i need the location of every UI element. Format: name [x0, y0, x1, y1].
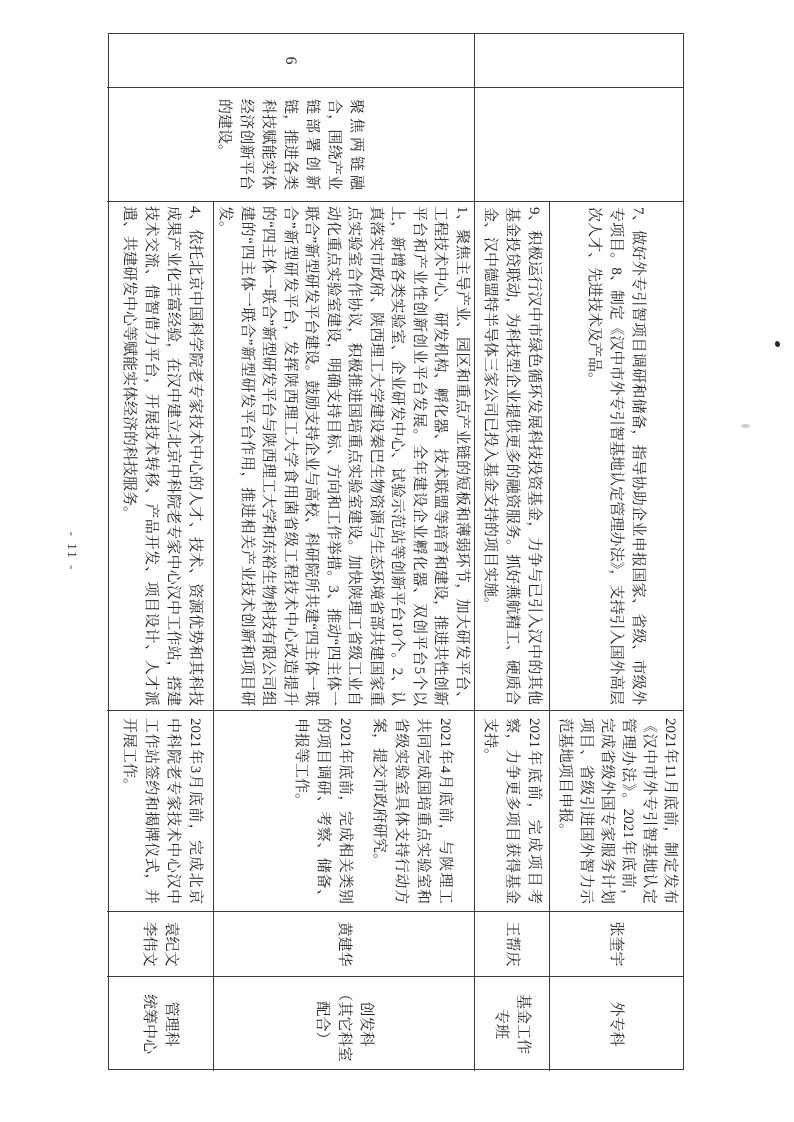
person-row-c1-text: 黄建华 — [333, 912, 355, 976]
cell-index-row-c: 6 — [107, 34, 474, 88]
measures-row-a-text: 7、做好外专引智项目调研和储备，指导协助企业申报国家、省级、市级外专项目。8、制… — [584, 207, 650, 705]
cell-department-row-c2: 管理科 统筹中心 — [107, 977, 213, 1071]
person-row-b-text: 王帮庆 — [501, 912, 523, 976]
scan-speck — [775, 341, 780, 347]
cell-deadline-row-c2: 2021年3月底前，完成北京中科院老专家技术中心汉中工作站签约和揭牌仪式，并开展… — [107, 711, 213, 912]
cell-department-row-c1: 创发科 （其它科室 配合） — [213, 977, 474, 1071]
cell-deadline-row-b: 2021年底前，完成项目考察，力争更多项目获得基金支持。 — [474, 711, 549, 912]
cell-index-rows-ab — [474, 34, 683, 88]
cell-measures-row-c1: 1、聚焦主导产业、园区和重点产业链的短板和薄弱环节，加大研发平台、工程技术中心、… — [213, 202, 474, 711]
scanned-page-rotated: 7、做好外专引智项目调研和储备，指导协助企业申报国家、省级、市级外专项目。8、制… — [0, 0, 794, 1122]
cell-department-row-b: 基金工作 专班 — [474, 977, 549, 1071]
index-row-c-text: 6 — [280, 34, 302, 87]
cell-measures-row-a: 7、做好外专引智项目调研和储备，指导协助企业申报国家、省级、市级外专项目。8、制… — [549, 202, 683, 711]
work-plan-table: 7、做好外专引智项目调研和储备，指导协助企业申报国家、省级、市级外专项目。8、制… — [108, 33, 684, 1070]
person-row-c2-text: 袁纪文 李伟文 — [138, 912, 182, 976]
page-number: - 11 - — [64, 33, 80, 1070]
cell-measures-row-c2: 4、依托北京中国科学院老专家技术中心的人才、技术、资源优势和其科技成果产业化丰富… — [107, 202, 213, 711]
cell-task-rows-ab — [474, 88, 683, 202]
cell-deadline-row-c1: 2021年4月底前，与陕理工共同完成国培重点实验室和省级实验室具体支持行动方案，… — [213, 711, 474, 912]
cell-deadline-row-a: 2021年11月底前，制定发布《汉中市外专引智基地认定管理办法》。2021年底前… — [549, 711, 683, 912]
cell-department-row-a: 外专科 — [549, 977, 683, 1071]
department-row-a-text: 外专科 — [606, 977, 628, 1071]
deadline-row-c1-text-2: 2021年底前，完成相关类别的项目调研、考察、储备、申报等工作。 — [290, 718, 356, 904]
department-row-c2-text: 管理科 统筹中心 — [138, 977, 182, 1071]
task-row-c-text: 聚焦两链融合，围绕产业链部署创新链，推进各类科技赋能实体经济创新平台的建设。 — [214, 99, 368, 190]
deadline-row-c1-text-1: 2021年4月底前，与陕理工共同完成国培重点实验室和省级实验室具体支持行动方案，… — [368, 718, 456, 904]
cell-person-row-a: 张奎宇 — [549, 912, 683, 977]
department-row-c1-text: 创发科 （其它科室 配合） — [311, 977, 377, 1071]
department-row-b-text: 基金工作 专班 — [490, 977, 534, 1071]
cell-task-row-c: 聚焦两链融合，围绕产业链部署创新链，推进各类科技赋能实体经济创新平台的建设。 — [107, 88, 474, 202]
cell-measures-row-b: 9、积极运行汉中市绿色循环发展科技投资基金，力争与已引入汉中的其他基金投贷联动，… — [474, 202, 549, 711]
cell-person-row-b: 王帮庆 — [474, 912, 549, 977]
cell-person-row-c2: 袁纪文 李伟文 — [107, 912, 213, 977]
deadline-row-c2-text: 2021年3月底前，完成北京中科院老专家技术中心汉中工作站签约和揭牌仪式，并开展… — [118, 718, 206, 904]
deadline-row-b-text: 2021年底前，完成项目考察，力争更多项目获得基金支持。 — [479, 718, 545, 904]
cell-person-row-c1: 黄建华 — [213, 912, 474, 977]
person-row-a-text: 张奎宇 — [606, 912, 628, 976]
measures-row-b-text: 9、积极运行汉中市绿色循环发展科技投资基金，力争与已引入汉中的其他基金投贷联动，… — [479, 207, 545, 705]
measures-row-c1-text: 1、聚焦主导产业、园区和重点产业链的短板和薄弱环节，加大研发平台、工程技术中心、… — [214, 206, 472, 706]
deadline-row-a-text: 2021年11月底前，制定发布《汉中市外专引智基地认定管理办法》。2021年底前… — [554, 718, 680, 904]
scan-smudge — [741, 424, 750, 428]
measures-row-c2-text: 4、依托北京中国科学院老专家技术中心的人才、技术、资源优势和其科技成果产业化丰富… — [118, 206, 206, 706]
